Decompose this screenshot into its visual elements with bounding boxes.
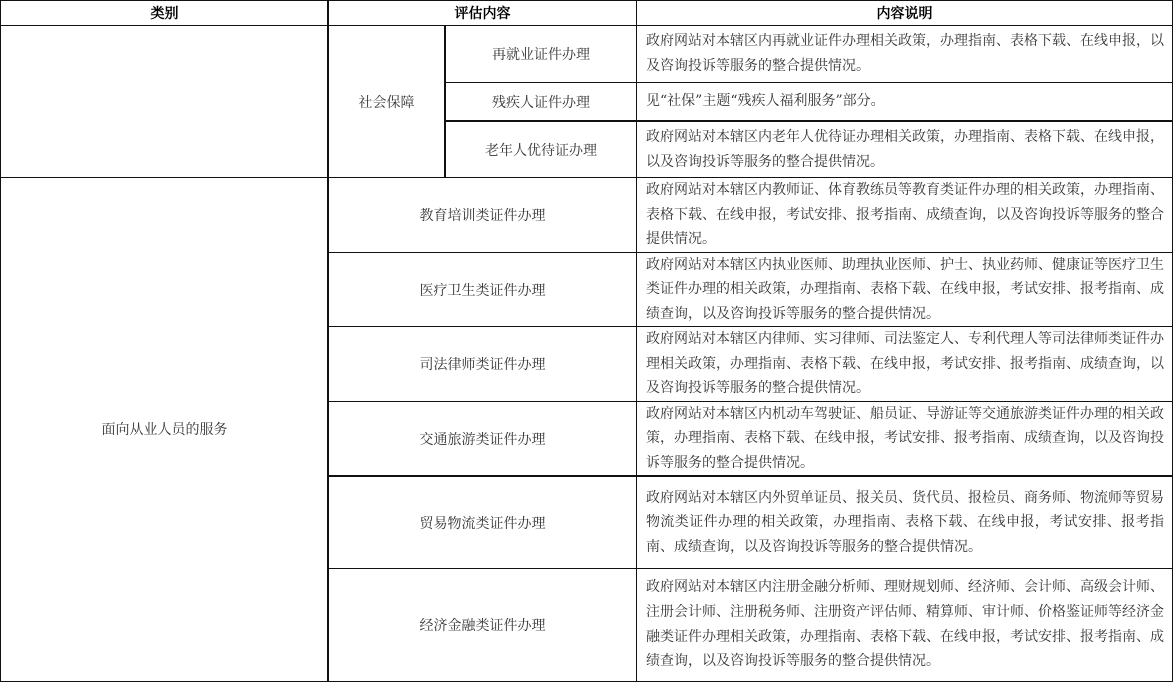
item-disability: 残疾人证件办理 (446, 83, 636, 120)
divider-row-8 (329, 568, 1173, 569)
divider-col1 (327, 0, 329, 682)
divider-row-7 (329, 475, 1173, 477)
item-reemployment: 再就业证件办理 (446, 26, 636, 81)
divider-row-4 (329, 252, 1173, 253)
desc-senior: 政府网站对本辖区内老年人优待证办理相关政策，办理指南、表格下载、在线申报，以及咨… (637, 122, 1172, 177)
item-trade-logistics: 贸易物流类证件办理 (329, 477, 636, 568)
divider-row-5 (329, 326, 1173, 327)
border-top (0, 0, 1173, 1)
desc-legal: 政府网站对本辖区内律师、实习律师、司法鉴定人、专利代理人等司法律师类证件办理相关… (637, 327, 1172, 401)
divider-row-1 (446, 82, 1173, 83)
divider-group-col (444, 25, 446, 178)
item-education: 教育培训类证件办理 (329, 178, 636, 252)
group-social-security: 社会保障 (329, 26, 444, 177)
desc-trade-logistics: 政府网站对本辖区内外贸单证员、报关员、货代员、报检员、商务师、物流师等贸易物流类… (637, 477, 1172, 568)
desc-economy-finance: 政府网站对本辖区内注册金融分析师、理财规划师、经济师、会计师、高级会计师、注册会… (637, 569, 1172, 680)
divider-section (0, 177, 1173, 178)
divider-row-6 (329, 401, 1173, 402)
evaluation-table: 类别 评估内容 内容说明 社会保障 再就业证件办理 政府网站对本辖区内再就业证件… (0, 0, 1173, 682)
divider-col3 (636, 0, 637, 682)
divider-header (0, 25, 1173, 26)
category-cell-empty (1, 26, 328, 177)
desc-education: 政府网站对本辖区内教师证、体育教练员等教育类证件办理的相关政策，办理指南、表格下… (637, 178, 1172, 252)
border-left (0, 0, 1, 682)
header-category: 类别 (1, 1, 328, 25)
item-legal: 司法律师类证件办理 (329, 327, 636, 401)
category-practitioner-services: 面向从业人员的服务 (1, 178, 328, 680)
item-senior: 老年人优待证办理 (446, 122, 636, 177)
desc-disability: 见“社保”主题“残疾人福利服务”部分。 (637, 83, 1172, 120)
item-transport-tourism: 交通旅游类证件办理 (329, 402, 636, 475)
header-description: 内容说明 (637, 1, 1172, 25)
desc-transport-tourism: 政府网站对本辖区内机动车驾驶证、船员证、导游证等交通旅游类证件办理的相关政策，办… (637, 402, 1172, 475)
header-content: 评估内容 (329, 1, 636, 25)
desc-medical: 政府网站对本辖区内执业医师、助理执业医师、护士、执业药师、健康证等医疗卫生类证件… (637, 253, 1172, 326)
desc-reemployment: 政府网站对本辖区内再就业证件办理相关政策，办理指南、表格下载、在线申报，以及咨询… (637, 26, 1172, 81)
item-medical: 医疗卫生类证件办理 (329, 253, 636, 326)
divider-row-2 (446, 120, 1173, 122)
item-economy-finance: 经济金融类证件办理 (329, 569, 636, 680)
